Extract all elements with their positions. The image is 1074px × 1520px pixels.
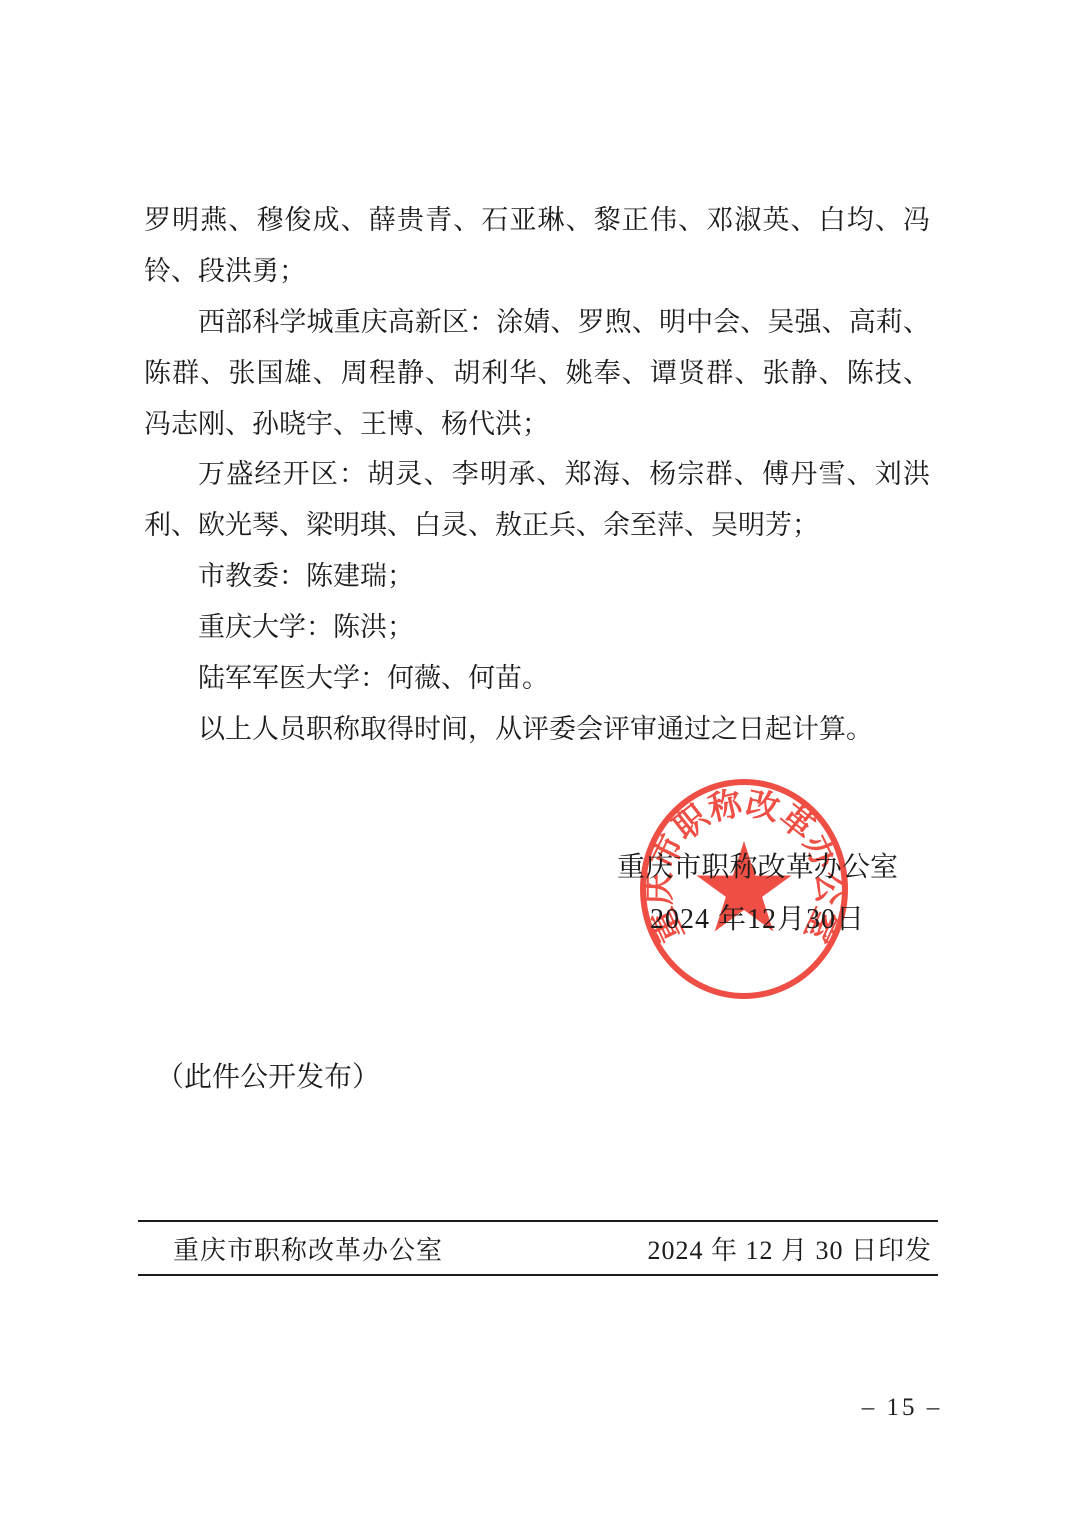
body-text-line: 万盛经开区：胡灵、李明承、郑海、杨宗群、傅丹雪、刘洪	[144, 449, 930, 500]
body-text-line: 铃、段洪勇；	[144, 246, 930, 297]
footer-issuer: 重庆市职称改革办公室	[173, 1230, 443, 1267]
official-seal: 重庆市职称改革办公室	[636, 776, 852, 1004]
body-text-line: 利、欧光琴、梁明琪、白灵、敖正兵、余至萍、吴明芳；	[144, 500, 930, 551]
body-text-line: 以上人员职称取得时间，从评委会评审通过之日起计算。	[144, 704, 930, 755]
footer-print-date: 2024 年 12 月 30 日印发	[647, 1230, 932, 1267]
body-text-line: 陆军军医大学：何薇、何苗。	[144, 653, 930, 704]
page-number: – 15 –	[852, 1394, 952, 1422]
signature-date: 2024 年12月30日	[617, 905, 898, 935]
public-release-note: （此件公开发布）	[156, 1063, 380, 1093]
document-page: 罗明燕、穆俊成、薛贵青、石亚琳、黎正伟、邓淑英、白均、冯铃、段洪勇；西部科学城重…	[0, 0, 1074, 1520]
body-text-line: 重庆大学：陈洪；	[144, 602, 930, 653]
body-text-line: 冯志刚、孙晓宇、王博、杨代洪；	[144, 399, 930, 450]
document-body: 罗明燕、穆俊成、薛贵青、石亚琳、黎正伟、邓淑英、白均、冯铃、段洪勇；西部科学城重…	[144, 195, 930, 755]
body-text-line: 陈群、张国雄、周程静、胡利华、姚奉、谭贤群、张静、陈技、	[144, 348, 930, 399]
signature-org: 重庆市职称改革办公室	[617, 853, 898, 883]
footer-bar: 重庆市职称改革办公室 2024 年 12 月 30 日印发	[138, 1220, 938, 1276]
body-text-line: 市教委：陈建瑞；	[144, 551, 930, 602]
body-text-line: 西部科学城重庆高新区：涂婧、罗煦、明中会、吴强、高莉、	[144, 297, 930, 348]
body-text-line: 罗明燕、穆俊成、薛贵青、石亚琳、黎正伟、邓淑英、白均、冯	[144, 195, 930, 246]
